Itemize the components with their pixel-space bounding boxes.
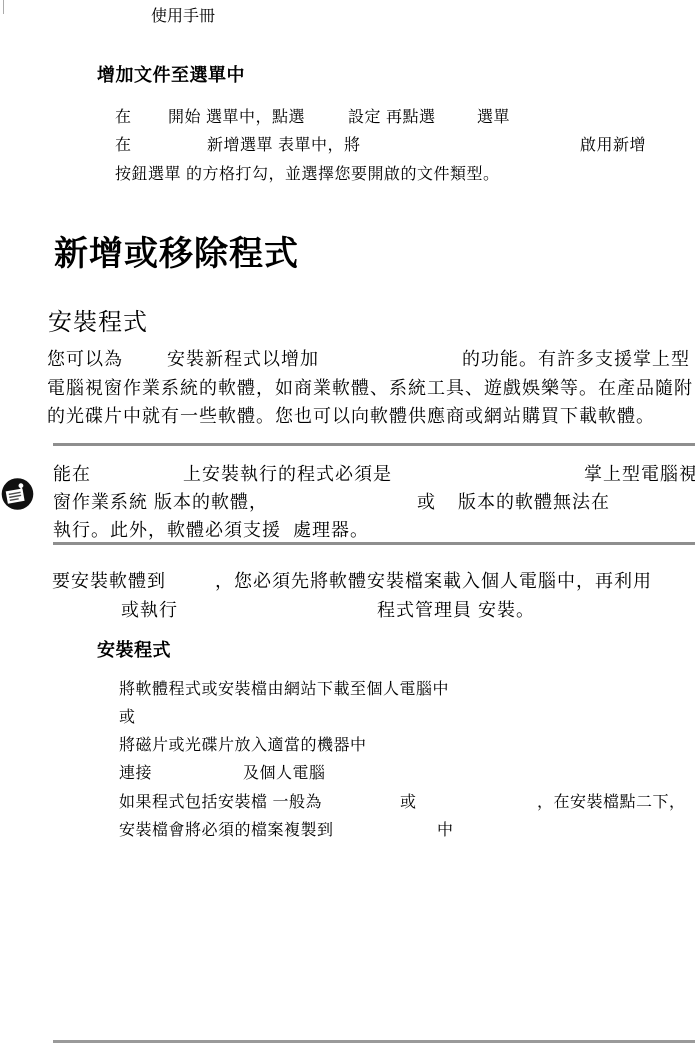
note-text: 處理器。 (293, 516, 369, 542)
note-text: 執行。此外，軟體必須支援 (53, 516, 281, 542)
step-line: 連接 及個人電腦 (0, 760, 695, 784)
note-text: 掌上型電腦視 (584, 460, 695, 486)
list-text: 新增選單 表單中，將 (207, 132, 360, 155)
paragraph-line: 您可以為 安裝新程式以增加 的功能。有許多支援掌上型 (0, 345, 695, 369)
paragraph-text: 要安裝軟體到 (52, 567, 166, 593)
manual-page: 使用手冊 增加文件至選單中 在 開始 選單中，點選 設定 再點選 選單 在 新增… (0, 0, 695, 1045)
paragraph-line: 的光碟片中就有一些軟體。您也可以向軟體供應商或網站購買下載軟體。 (0, 402, 695, 426)
page-header-title: 使用手冊 (151, 3, 215, 26)
step-text: 或 (119, 704, 136, 727)
note-text: 版本的軟體無法在 (458, 488, 610, 514)
step-line: 如果程式包括安裝檔 一般為 或 ，在安裝檔點二下， (0, 789, 695, 813)
heading-install-steps: 安裝程式 (97, 636, 171, 662)
step-line: 或 (0, 704, 695, 728)
chapter-heading: 新增或移除程式 (54, 237, 299, 273)
list-line: 按鈕選單 的方格打勾，並選擇您要開啟的文件類型。 (0, 161, 695, 185)
section-heading-install: 安裝程式 (48, 302, 148, 337)
note-text: 或 (417, 488, 436, 514)
list-line: 在 開始 選單中，點選 設定 再點選 選單 (0, 104, 695, 128)
page-bottom-rule (53, 1040, 695, 1043)
step-text: 及個人電腦 (243, 760, 326, 783)
paragraph-text: 電腦視窗作業系統的軟體，如商業軟體、系統工具、遊戲娛樂等。在產品隨附 (47, 374, 693, 400)
step-line: 將磁片或光碟片放入適當的機器中 (0, 732, 695, 756)
step-line: 將軟體程式或安裝檔由網站下載至個人電腦中 (0, 676, 695, 700)
note-text: 能在 (53, 460, 91, 486)
paragraph-text: ，您必須先將軟體安裝檔案載入個人電腦中，再利用 (215, 567, 652, 593)
page-margin-tick (3, 0, 4, 14)
list-text: 按鈕選單 的方格打勾，並選擇您要開啟的文件類型。 (115, 161, 499, 184)
note-text: 窗作業系統 版本的軟體， (53, 488, 268, 514)
note-text: 上安裝執行的程式必須是 (183, 460, 392, 486)
list-text: 在 (115, 132, 132, 155)
paragraph-line: 要安裝軟體到 ，您必須先將軟體安裝檔案載入個人電腦中，再利用 (0, 567, 695, 591)
paragraph-text: 您可以為 (47, 345, 123, 371)
paragraph-text: 安裝新程式以增加 (167, 345, 319, 371)
step-text: 將磁片或光碟片放入適當的機器中 (119, 732, 367, 755)
step-text: 連接 (119, 760, 152, 783)
paragraph-text: 的光碟片中就有一些軟體。您也可以向軟體供應商或網站購買下載軟體。 (47, 402, 655, 428)
note-line: 窗作業系統 版本的軟體， 或 版本的軟體無法在 (0, 488, 695, 512)
paragraph-line: 或執行 程式管理員 安裝。 (0, 596, 695, 620)
step-text: 安裝檔會將必須的檔案複製到 (119, 817, 334, 840)
paragraph-text: 或執行 (121, 596, 178, 622)
step-text: 或 (400, 789, 417, 812)
note-line: 執行。此外，軟體必須支援 處理器。 (0, 516, 695, 540)
step-text: 中 (437, 817, 454, 840)
paragraph-text: 程式管理員 安裝。 (377, 596, 535, 622)
step-text: ，在安裝檔點二下， (537, 789, 686, 812)
step-text: 如果程式包括安裝檔 一般為 (119, 789, 322, 812)
list-text: 選單 (477, 104, 510, 127)
paragraph-text: 的功能。有許多支援掌上型 (462, 345, 690, 371)
step-line: 安裝檔會將必須的檔案複製到 中 (0, 817, 695, 841)
note-rule-bottom (53, 542, 695, 545)
paragraph-line: 電腦視窗作業系統的軟體，如商業軟體、系統工具、遊戲娛樂等。在產品隨附 (0, 374, 695, 398)
list-line: 在 新增選單 表單中，將 啟用新增 (0, 132, 695, 156)
list-text: 在 (115, 104, 132, 127)
list-text: 啟用新增 (580, 132, 646, 155)
list-text: 開始 選單中，點選 (168, 104, 305, 127)
step-text: 將軟體程式或安裝檔由網站下載至個人電腦中 (119, 676, 449, 699)
list-text: 設定 再點選 (348, 104, 435, 127)
heading-add-files: 增加文件至選單中 (97, 61, 245, 87)
note-line: 能在 上安裝執行的程式必須是 掌上型電腦視 (0, 460, 695, 484)
note-rule-top (53, 443, 695, 446)
